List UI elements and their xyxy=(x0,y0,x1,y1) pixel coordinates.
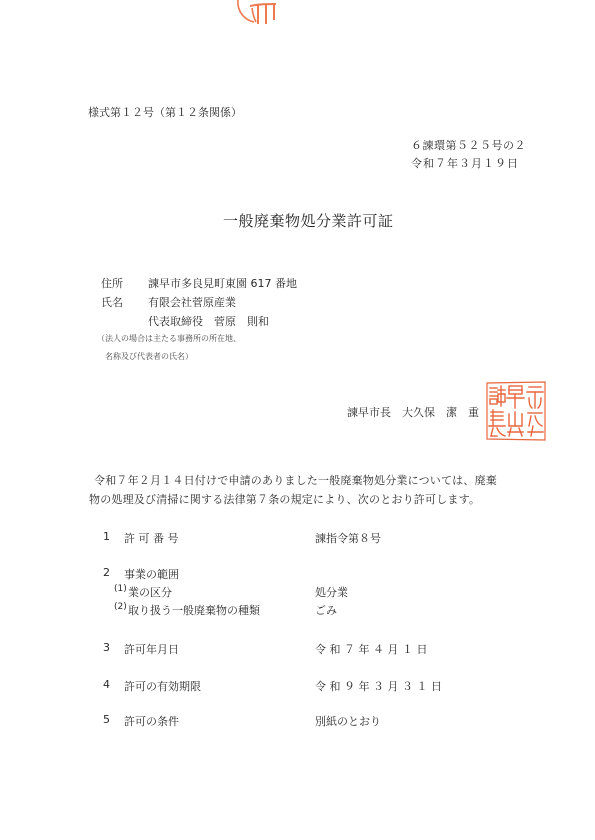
applicant-note-line1: （法人の場合は主たる事務所の所在地、 xyxy=(97,333,241,344)
item-number: 1 xyxy=(103,530,110,543)
item-value: 諫指令第８号 xyxy=(315,530,381,546)
applicant-note-line2: 名称及び代表者の氏名） xyxy=(105,351,193,362)
item-label: 取り扱う一般廃棄物の種類 xyxy=(128,602,260,618)
item-number: 3 xyxy=(103,641,110,654)
address-label: 住所 xyxy=(101,275,123,291)
city-mayor-seal-icon xyxy=(485,380,547,442)
item-value: 令 和 ７ 年 ４ 月 １ 日 xyxy=(315,641,427,657)
item-label: 許 可 番 号 xyxy=(124,530,179,546)
form-label: 様式第１２号（第１２条関係） xyxy=(88,104,242,120)
item-label: 事業の範囲 xyxy=(124,566,179,582)
item-number: 5 xyxy=(103,713,110,726)
item-number: (2) xyxy=(114,602,127,612)
item-number: (1) xyxy=(114,584,127,594)
item-label: 許可年月日 xyxy=(124,641,179,657)
item-value: 別紙のとおり xyxy=(315,713,381,729)
issuer-name: 諫早市長 大久保 潔 重 xyxy=(347,404,479,420)
item-label: 許可の有効期限 xyxy=(124,678,201,694)
item-value: 令 和 ９ 年 ３ 月 ３ １ 日 xyxy=(315,678,442,694)
representative-name: 代表取締役 菅原 則和 xyxy=(148,313,269,329)
top-seal-stamp-icon xyxy=(236,0,286,28)
body-paragraph-line1: 令和７年２月１４日付けで申請のありました一般廃棄物処分業については、廃棄 xyxy=(94,472,497,488)
name-label: 氏名 xyxy=(101,294,123,310)
item-label: 業の区分 xyxy=(128,584,172,600)
item-value: 処分業 xyxy=(315,584,348,600)
item-value: ごみ xyxy=(315,602,337,618)
item-label: 許可の条件 xyxy=(124,713,179,729)
document-number: ６諫環第５２５号の２ xyxy=(411,137,526,153)
issue-date: 令和７年３月１９日 xyxy=(411,155,519,171)
document-title: 一般廃棄物処分業許可証 xyxy=(223,210,394,231)
body-paragraph-line2: 物の処理及び清掃に関する法律第７条の規定により、次のとおり許可します。 xyxy=(89,491,480,507)
item-number: 4 xyxy=(103,678,110,691)
item-number: 2 xyxy=(103,566,110,579)
address-value: 諫早市多良見町東園 617 番地 xyxy=(148,275,297,291)
company-name: 有限会社菅原産業 xyxy=(148,294,236,310)
